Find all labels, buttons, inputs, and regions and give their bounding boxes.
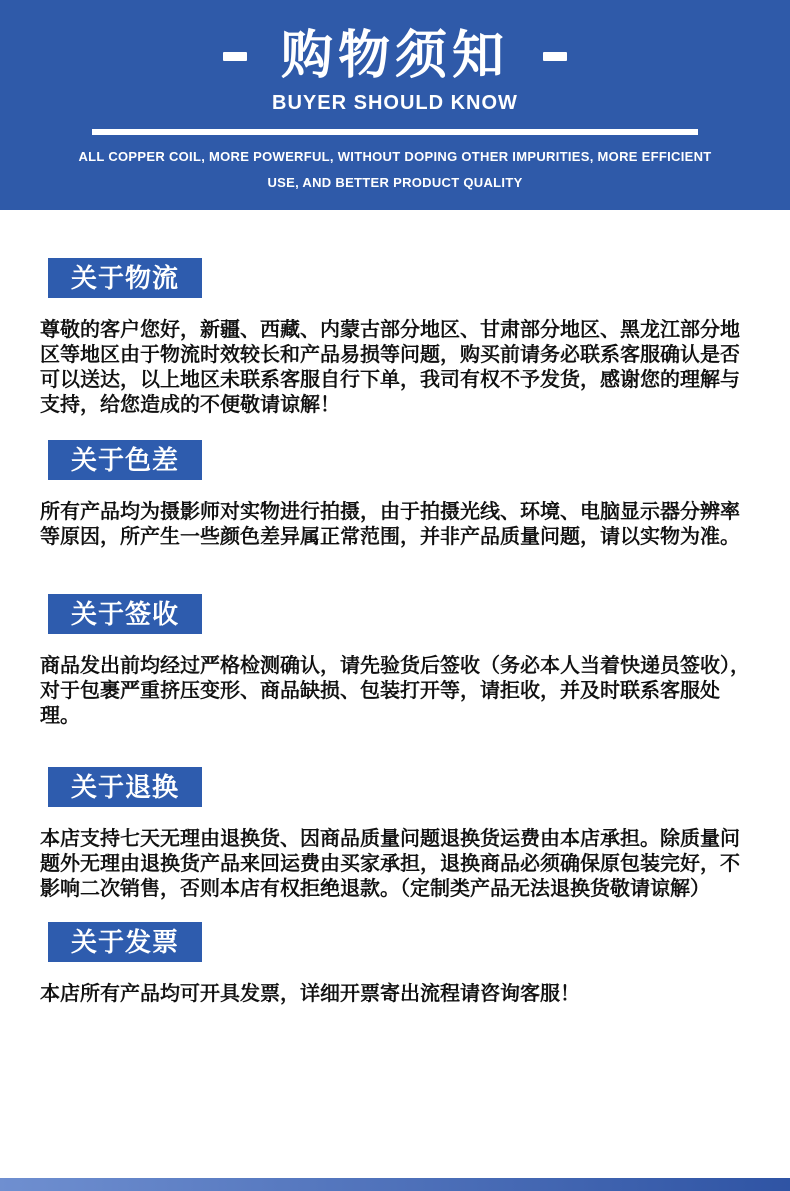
header-divider [92,129,698,135]
section-color-difference: 关于色差 所有产品均为摄影师对实物进行拍摄，由于拍摄光线、环境、电脑显示器分辨率… [0,440,790,550]
section-body-color-difference: 所有产品均为摄影师对实物进行拍摄，由于拍摄光线、环境、电脑显示器分辨率等原因，所… [40,500,750,550]
section-returns: 关于退换 本店支持七天无理由退换货、因商品质量问题退换货运费由本店承担。除质量问… [0,767,790,902]
title-row: 购物须知 [0,0,790,82]
section-body-invoice: 本店所有产品均可开具发票，详细开票寄出流程请咨询客服！ [40,982,750,1007]
footer-accent-bar [0,1178,790,1191]
header-description: ALL COPPER COIL, MORE POWERFUL, WITHOUT … [0,144,790,196]
section-label-invoice: 关于发票 [48,922,202,962]
buyer-notice-page: 购物须知 BUYER SHOULD KNOW ALL COPPER COIL, … [0,0,790,1191]
title-right-dash-icon [543,52,567,61]
section-body-logistics: 尊敬的客户您好，新疆、西藏、内蒙古部分地区、甘肃部分地区、黑龙江部分地区等地区由… [40,318,750,418]
section-logistics: 关于物流 尊敬的客户您好，新疆、西藏、内蒙古部分地区、甘肃部分地区、黑龙江部分地… [0,258,790,418]
header-description-line1: ALL COPPER COIL, MORE POWERFUL, WITHOUT … [78,149,711,164]
section-label-sign-receipt: 关于签收 [48,594,202,634]
title-left-dash-icon [223,52,247,61]
section-label-returns: 关于退换 [48,767,202,807]
page-title: 购物须知 [281,30,509,82]
page-subtitle: BUYER SHOULD KNOW [0,92,790,115]
section-label-color-difference: 关于色差 [48,440,202,480]
section-label-logistics: 关于物流 [48,258,202,298]
header-banner: 购物须知 BUYER SHOULD KNOW ALL COPPER COIL, … [0,0,790,210]
header-description-line2: USE, AND BETTER PRODUCT QUALITY [267,175,522,190]
section-body-sign-receipt: 商品发出前均经过严格检测确认，请先验货后签收（务必本人当着快递员签收），对于包裹… [40,654,750,729]
section-sign-receipt: 关于签收 商品发出前均经过严格检测确认，请先验货后签收（务必本人当着快递员签收）… [0,594,790,729]
section-invoice: 关于发票 本店所有产品均可开具发票，详细开票寄出流程请咨询客服！ [0,922,790,1007]
section-body-returns: 本店支持七天无理由退换货、因商品质量问题退换货运费由本店承担。除质量问题外无理由… [40,827,750,902]
